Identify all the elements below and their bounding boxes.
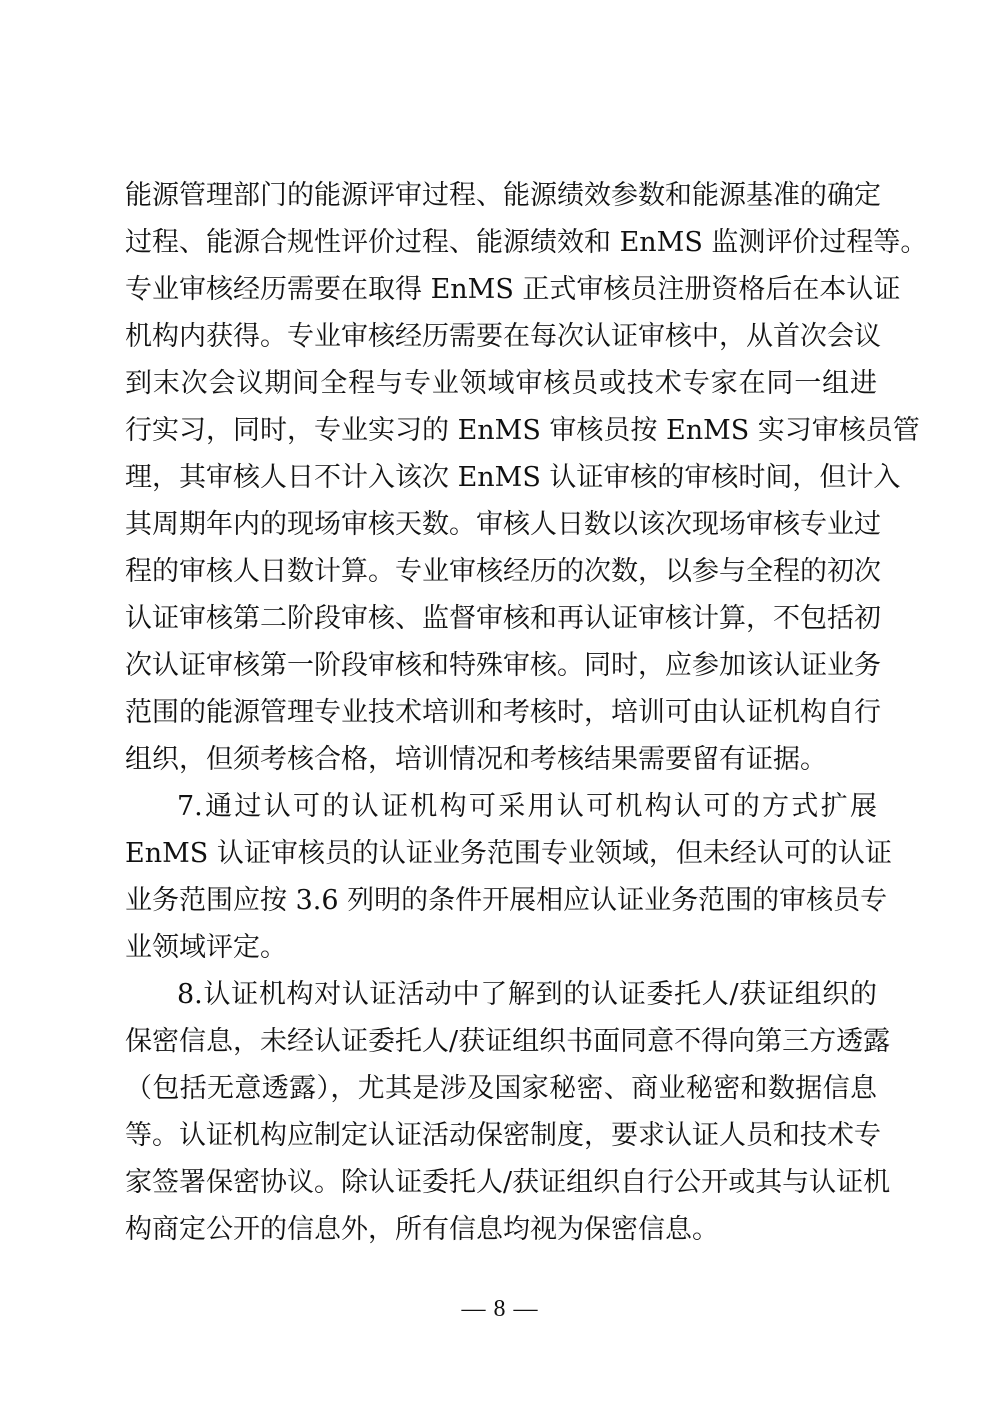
paragraph-item-8: 8.认证机构对认证活动中了解到的认证委托人/获证组织的 保密信息，未经认证委托人… [125, 971, 877, 1253]
text-line: 等。认证机构应制定认证活动保密制度，要求认证人员和技术专 [125, 1112, 877, 1159]
text-line: 业领域评定。 [125, 924, 877, 971]
paragraph-item-7: 7.通过认可的认证机构可采用认可机构认可的方式扩展 EnMS 认证审核员的认证业… [125, 783, 877, 971]
text-line: 行实习，同时，专业实习的 EnMS 审核员按 EnMS 实习审核员管 [125, 407, 877, 454]
text-line: 业务范围应按 3.6 列明的条件开展相应认证业务范围的审核员专 [125, 877, 877, 924]
text-line: 理，其审核人日不计入该次 EnMS 认证审核的审核时间，但计入 [125, 454, 877, 501]
text-line: 7.通过认可的认证机构可采用认可机构认可的方式扩展 [125, 783, 877, 830]
text-line: EnMS 认证审核员的认证业务范围专业领域，但未经认可的认证 [125, 830, 877, 877]
text-line: 程的审核人日数计算。专业审核经历的次数，以参与全程的初次 [125, 548, 877, 595]
paragraph-continuation: 能源管理部门的能源评审过程、能源绩效参数和能源基准的确定 过程、能源合规性评价过… [125, 172, 877, 783]
text-line: （包括无意透露），尤其是涉及国家秘密、商业秘密和数据信息 [125, 1065, 877, 1112]
text-line: 组织，但须考核合格，培训情况和考核结果需要留有证据。 [125, 736, 877, 783]
text-line: 范围的能源管理专业技术培训和考核时，培训可由认证机构自行 [125, 689, 877, 736]
text-line: 保密信息，未经认证委托人/获证组织书面同意不得向第三方透露 [125, 1018, 877, 1065]
text-line: 机构内获得。专业审核经历需要在每次认证审核中，从首次会议 [125, 313, 877, 360]
text-line: 认证审核第二阶段审核、监督审核和再认证审核计算，不包括初 [125, 595, 877, 642]
text-line: 家签署保密协议。除认证委托人/获证组织自行公开或其与认证机 [125, 1159, 877, 1206]
text-line: 专业审核经历需要在取得 EnMS 正式审核员注册资格后在本认证 [125, 266, 877, 313]
text-line: 其周期年内的现场审核天数。审核人日数以该次现场审核专业过 [125, 501, 877, 548]
text-line: 次认证审核第一阶段审核和特殊审核。同时，应参加该认证业务 [125, 642, 877, 689]
text-line: 到末次会议期间全程与专业领域审核员或技术专家在同一组进 [125, 360, 877, 407]
text-line: 构商定公开的信息外，所有信息均视为保密信息。 [125, 1206, 877, 1253]
document-body: 能源管理部门的能源评审过程、能源绩效参数和能源基准的确定 过程、能源合规性评价过… [125, 172, 877, 1253]
page-number: — 8 — [0, 1296, 1000, 1323]
text-line: 能源管理部门的能源评审过程、能源绩效参数和能源基准的确定 [125, 172, 877, 219]
text-line: 过程、能源合规性评价过程、能源绩效和 EnMS 监测评价过程等。 [125, 219, 877, 266]
text-line: 8.认证机构对认证活动中了解到的认证委托人/获证组织的 [125, 971, 877, 1018]
